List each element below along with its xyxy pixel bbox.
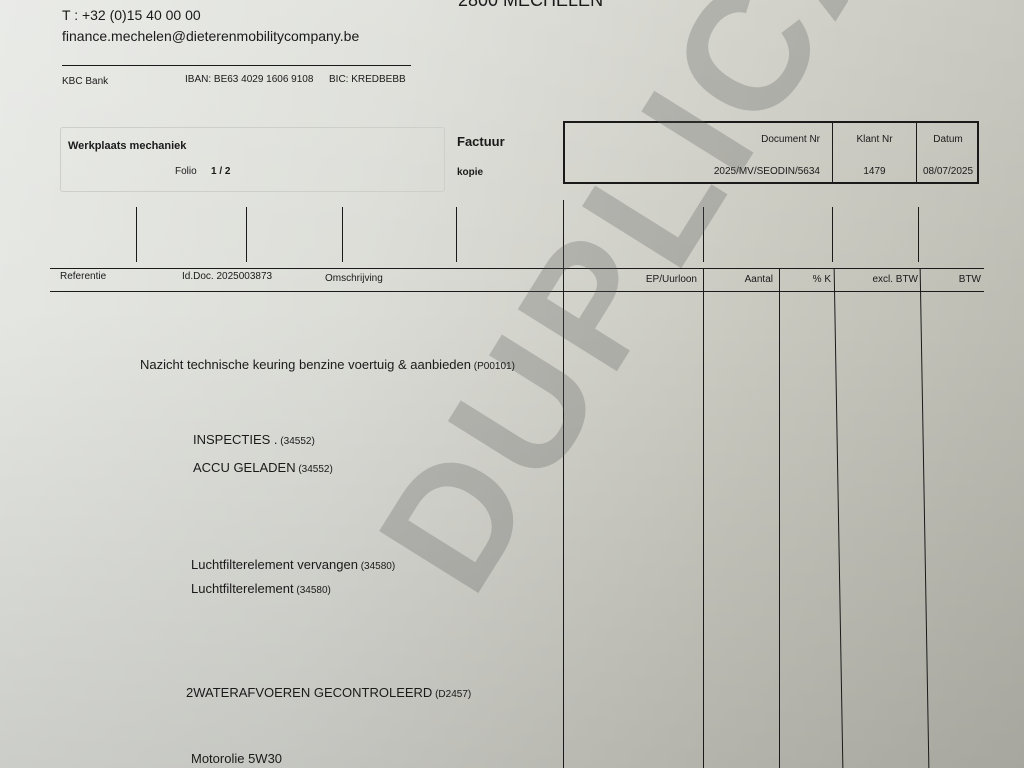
operation-code: (34552) xyxy=(278,436,315,447)
line-description: 2WATERAFVOEREN GECONTROLEERD (D2457) xyxy=(186,685,471,700)
invoice-copy-label: kopie xyxy=(457,167,483,178)
description-text: 2WATERAFVOEREN GECONTROLEERD xyxy=(186,685,432,700)
document-nr-label: Document Nr xyxy=(640,134,820,145)
department-box xyxy=(60,127,445,192)
description-text: Luchtfilterelement xyxy=(191,581,294,596)
line-description: Luchtfilterelement vervangen (34580) xyxy=(191,557,395,572)
line-description: Luchtfilterelement (34580) xyxy=(191,581,331,596)
operation-code: (D2457) xyxy=(432,689,471,700)
col-line xyxy=(703,268,704,768)
folio-value: 1 / 2 xyxy=(211,166,230,177)
datum-value: 08/07/2025 xyxy=(917,166,979,177)
col-referentie: Referentie xyxy=(60,271,106,282)
bank-name: KBC Bank xyxy=(62,76,108,87)
bank-bic: BIC: KREDBEBB xyxy=(329,74,406,85)
header-divider xyxy=(62,65,411,66)
paper-shading xyxy=(0,0,1024,768)
company-email: finance.mechelen@dieterenmobilitycompany… xyxy=(62,28,359,44)
operation-code: (34552) xyxy=(296,464,333,475)
description-text: INSPECTIES . xyxy=(193,432,278,447)
col-excl: excl. BTW xyxy=(838,274,918,285)
operation-code: (34580) xyxy=(358,561,395,572)
vehicle-col-divider xyxy=(246,207,247,262)
line-description: Motorolie 5W30 xyxy=(191,751,282,766)
description-text: Motorolie 5W30 xyxy=(191,751,282,766)
vehicle-col-divider xyxy=(918,207,919,262)
description-text: ACCU GELADEN xyxy=(193,460,296,475)
klant-nr: 1479 xyxy=(833,166,916,177)
bank-iban: IBAN: BE63 4029 1606 9108 xyxy=(185,74,313,85)
table-top-line xyxy=(50,268,984,269)
klant-nr-label: Klant Nr xyxy=(833,134,916,145)
folio-label: Folio xyxy=(175,166,197,177)
datum-label: Datum xyxy=(917,134,979,145)
col-line xyxy=(779,268,780,768)
line-description: ACCU GELADEN (34552) xyxy=(193,460,333,475)
vehicle-col-divider xyxy=(456,207,457,262)
line-description: INSPECTIES . (34552) xyxy=(193,432,315,447)
col-line xyxy=(563,200,564,768)
invoice-type: Factuur xyxy=(457,134,505,149)
vehicle-col-divider xyxy=(832,207,833,262)
col-btw: BTW xyxy=(926,274,981,285)
company-phone: T : +32 (0)15 40 00 00 xyxy=(62,7,201,23)
col-ep: EP/Uurloon xyxy=(570,274,697,285)
operation-code: (P00101) xyxy=(471,361,515,372)
department-name: Werkplaats mechaniek xyxy=(68,140,186,152)
vehicle-col-divider xyxy=(342,207,343,262)
description-text: Luchtfilterelement vervangen xyxy=(191,557,358,572)
col-omschrijving: Omschrijving xyxy=(325,273,383,284)
vehicle-col-divider xyxy=(703,207,704,262)
document-nr: 2025/MV/SEODIN/5634 xyxy=(640,166,820,177)
line-description: Nazicht technische keuring benzine voert… xyxy=(140,357,515,372)
description-text: Nazicht technische keuring benzine voert… xyxy=(140,357,471,372)
col-pk: % K xyxy=(781,274,831,285)
vehicle-col-divider xyxy=(136,207,137,262)
operation-code: (34580) xyxy=(294,585,331,596)
col-aantal: Aantal xyxy=(705,274,773,285)
company-city: 2800 MECHELEN xyxy=(458,0,603,11)
table-header-bottom-line xyxy=(50,291,984,292)
col-id-doc: Id.Doc. 2025003873 xyxy=(182,271,272,282)
col-line xyxy=(834,268,844,768)
col-line xyxy=(920,268,930,768)
